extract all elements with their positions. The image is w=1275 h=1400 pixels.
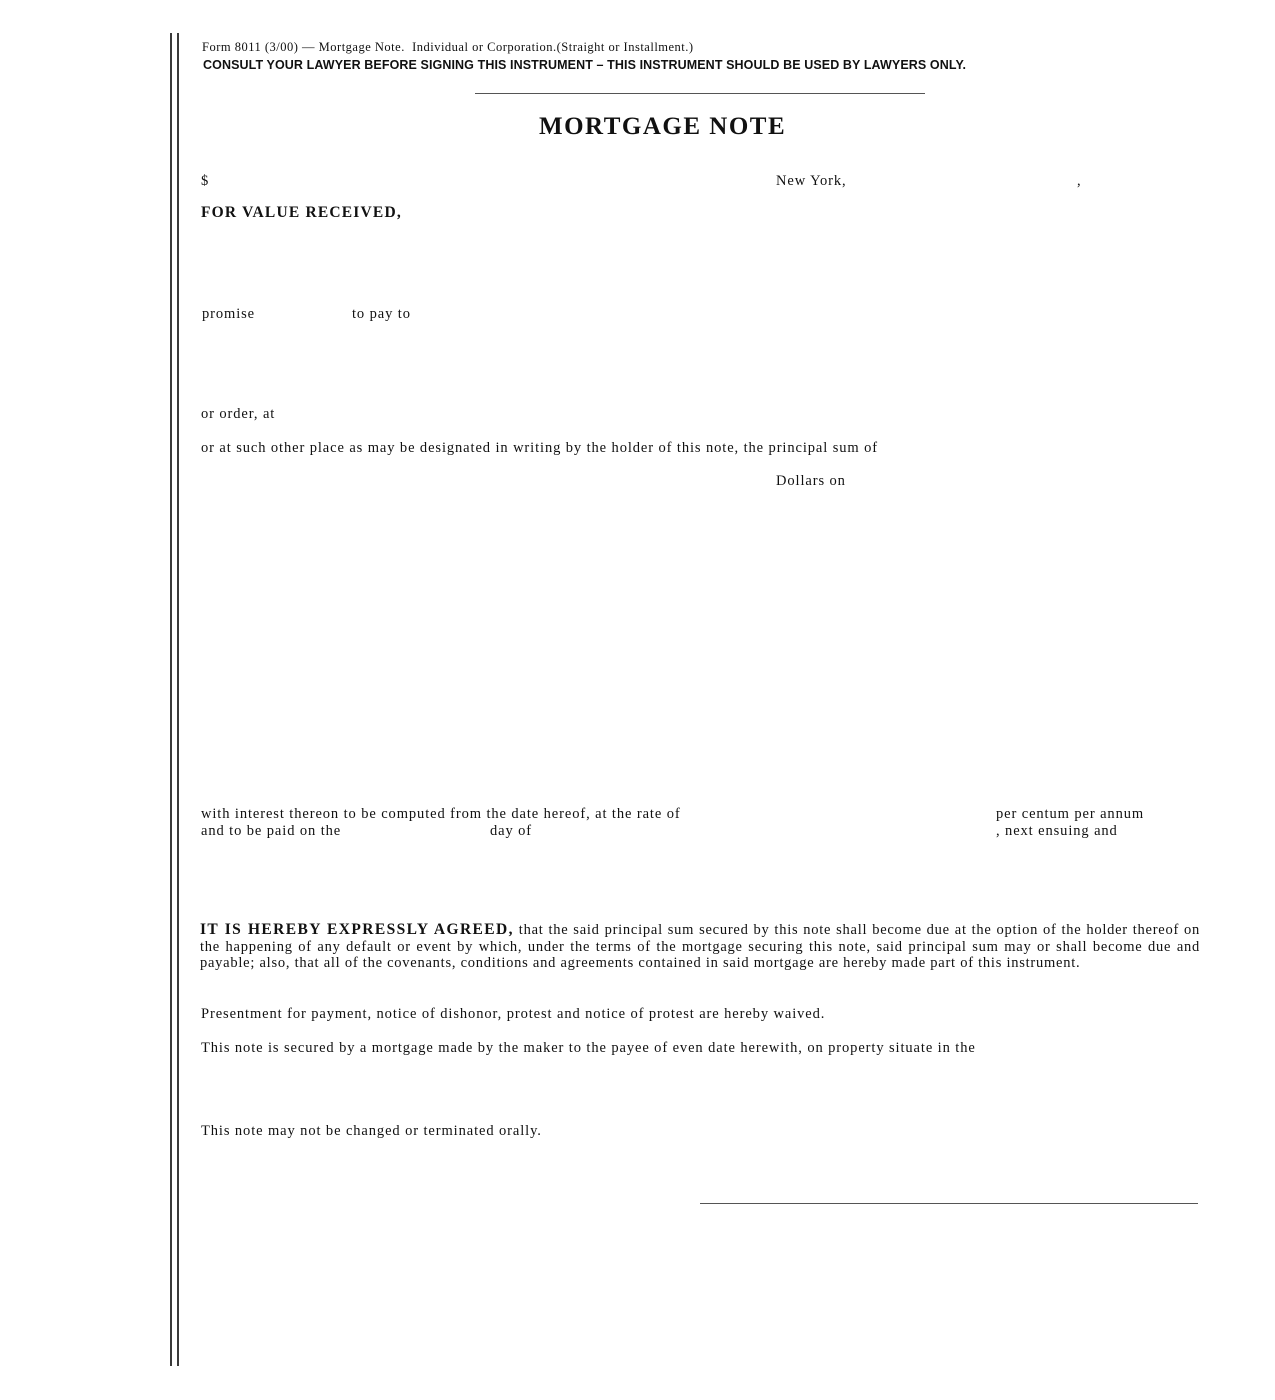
interest-clause-line2: and to be paid on the — [201, 823, 341, 840]
for-value-received: FOR VALUE RECEIVED, — [201, 204, 402, 222]
signature-line — [700, 1203, 1198, 1204]
lawyer-warning: CONSULT YOUR LAWYER BEFORE SIGNING THIS … — [203, 58, 966, 72]
day-of-label: day of — [490, 823, 532, 840]
per-centum-label: per centum per annum — [996, 806, 1144, 823]
document-title: MORTGAGE NOTE — [539, 113, 786, 141]
dollars-on-label: Dollars on — [776, 473, 846, 490]
secured-by-clause: This note is secured by a mortgage made … — [201, 1040, 976, 1057]
form-identifier: Form 8011 (3/00) — Mortgage Note. Indivi… — [202, 40, 694, 55]
date-comma: , — [1077, 173, 1082, 190]
to-pay-to-label: to pay to — [352, 306, 411, 323]
agreed-paragraph: IT IS HEREBY EXPRESSLY AGREED, that the … — [200, 922, 1200, 972]
margin-rule-right — [177, 33, 179, 1366]
margin-rule-left — [170, 33, 172, 1366]
other-place-clause: or at such other place as may be designa… — [201, 440, 878, 457]
promise-label: promise — [202, 306, 255, 323]
agreed-lead: IT IS HEREBY EXPRESSLY AGREED, — [200, 921, 514, 938]
not-changed-orally: This note may not be changed or terminat… — [201, 1123, 542, 1140]
or-order-at-label: or order, at — [201, 406, 275, 423]
amount-symbol: $ — [201, 173, 209, 190]
header-divider — [475, 93, 925, 94]
interest-clause-line1: with interest thereon to be computed fro… — [201, 806, 681, 823]
next-ensuing-label: , next ensuing and — [996, 823, 1118, 840]
presentment-waiver: Presentment for payment, notice of disho… — [201, 1006, 825, 1023]
place-label: New York, — [776, 173, 847, 190]
